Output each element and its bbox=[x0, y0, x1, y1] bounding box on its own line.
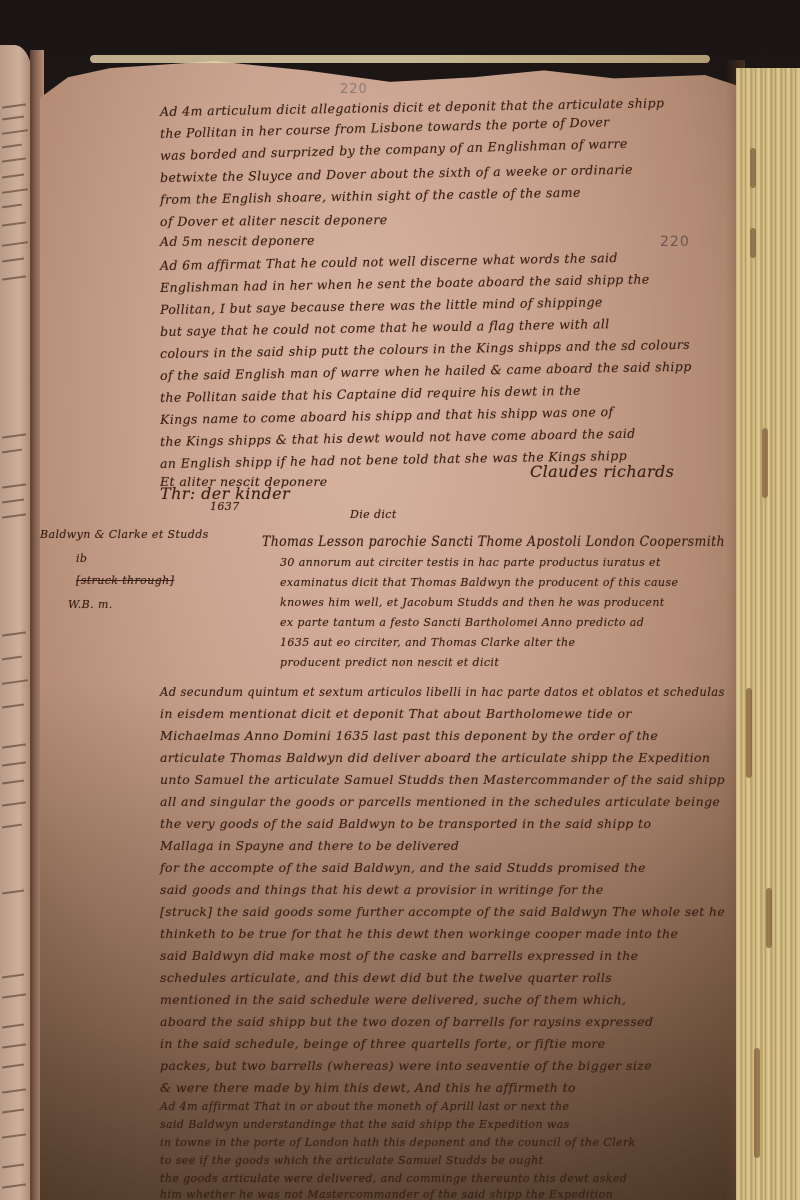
manuscript-line: the goods articulate were delivered, and… bbox=[160, 1172, 627, 1185]
folio-number-top: 220 bbox=[340, 82, 368, 97]
manuscript-line: in eisdem mentionat dicit et deponit Tha… bbox=[160, 706, 632, 721]
manuscript-line: & were there made by him this dewt, And … bbox=[160, 1080, 576, 1095]
manuscript-line: Michaelmas Anno Domini 1635 last past th… bbox=[160, 728, 658, 743]
manuscript-line: Ad secundum quintum et sextum articulos … bbox=[160, 684, 725, 699]
manuscript-line: said goods and things that his dewt a pr… bbox=[160, 882, 604, 897]
manuscript-line: articulate Thomas Baldwyn did deliver ab… bbox=[160, 750, 710, 765]
manuscript-line: in towne in the porte of London hath thi… bbox=[160, 1136, 636, 1149]
witness-intro-line: producent predict non nescit et dicit bbox=[280, 656, 499, 669]
folio-number-right: 220 bbox=[660, 234, 690, 250]
manuscript-line: of Dover et aliter nescit deponere bbox=[160, 212, 388, 229]
manuscript-line: said Baldwyn did make most of the caske … bbox=[160, 948, 638, 963]
witness-intro-line: examinatus dicit that Thomas Baldwyn the… bbox=[280, 576, 678, 589]
witness-intro-line: ex parte tantum a festo Sancti Bartholom… bbox=[280, 616, 644, 629]
witness-intro-line: 1635 aut eo circiter, and Thomas Clarke … bbox=[280, 636, 575, 649]
manuscript-line: Ad 5m nescit deponere bbox=[160, 233, 315, 249]
margin-note: W.B. m. bbox=[68, 598, 113, 611]
manuscript-line: [struck] the said goods some further acc… bbox=[160, 904, 725, 919]
margin-note: ib bbox=[76, 552, 87, 565]
manuscript-line: all and singular the goods or parcells m… bbox=[160, 794, 720, 809]
manuscript-line: Ad 4m affirmat That in or about the mone… bbox=[160, 1100, 569, 1113]
stacked-page-edges bbox=[736, 68, 800, 1200]
manuscript-line: in the said schedule, beinge of three qu… bbox=[160, 1036, 606, 1051]
page-top-edge bbox=[90, 55, 710, 63]
manuscript-line: thinketh to be true for that he this dew… bbox=[160, 926, 678, 941]
manuscript-line: mentioned in the said schedule were deli… bbox=[160, 992, 626, 1007]
entry-heading: Die dict bbox=[350, 508, 397, 521]
manuscript-line: schedules articulate, and this dewt did … bbox=[160, 970, 612, 985]
manuscript-line: Mallaga in Spayne and there to be delive… bbox=[160, 838, 459, 853]
manuscript-line: unto Samuel the articulate Samuel Studds… bbox=[160, 772, 725, 787]
left-facing-page bbox=[0, 45, 32, 1200]
manuscript-line: for the accompte of the said Baldwyn, an… bbox=[160, 860, 646, 875]
manuscript-line: aboard the said shipp but the two dozen … bbox=[160, 1014, 653, 1029]
signature-right: Claudes richards bbox=[530, 462, 674, 481]
witness-intro-line: Thomas Lesson parochie Sancti Thome Apos… bbox=[262, 534, 725, 550]
year-mark: 1637 bbox=[210, 500, 240, 513]
margin-note: Baldwyn & Clarke et Studds bbox=[40, 528, 209, 541]
manuscript-line: the very goods of the said Baldwyn to be… bbox=[160, 816, 651, 831]
manuscript-line: said Baldwyn understandinge that the sai… bbox=[160, 1118, 570, 1131]
witness-intro-line: 30 annorum aut circiter testis in hac pa… bbox=[280, 556, 661, 569]
manuscript-line: him whether he was not Mastercommander o… bbox=[160, 1188, 613, 1200]
witness-intro-line: knowes him well, et Jacobum Studds and t… bbox=[280, 596, 665, 609]
manuscript-line: to see if the goods which the articulate… bbox=[160, 1154, 543, 1167]
manuscript-line: packes, but two barrells (whereas) were … bbox=[160, 1058, 652, 1073]
margin-note-struck: [struck through] bbox=[76, 574, 174, 587]
